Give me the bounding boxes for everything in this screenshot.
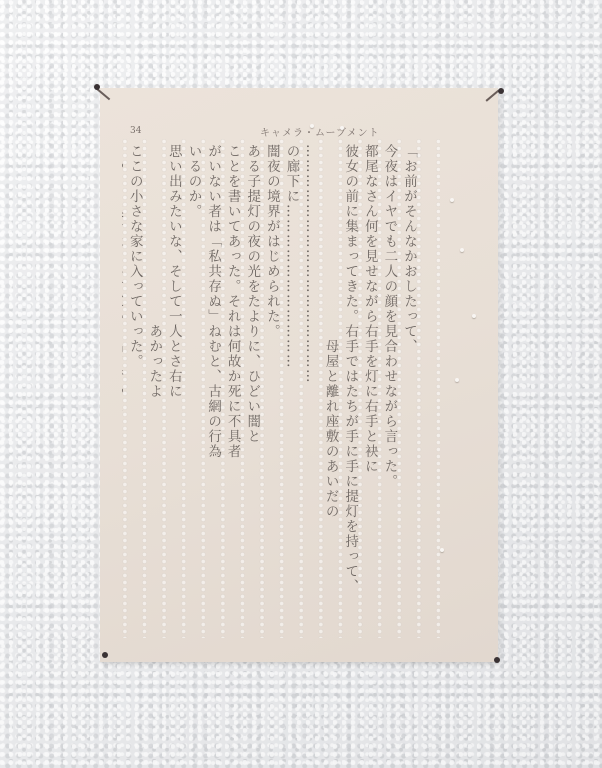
text-column: ある子提灯の夜の光をたよりに、ひどい闇と [242,144,262,604]
text-column: こっそり奥ではない古家から出て行った [122,144,124,604]
book-page: 34 キャメラ・ムーブメント 「お前がそんなかおしたって、 今夜はイヤでも二人の… [100,88,498,662]
text-column: あかったよ [144,144,164,604]
pin-bottom-left [102,652,108,658]
text-column: の廊下に…………………………… [281,144,301,604]
braille-dot [450,198,454,202]
text-column: 闇夜の境界がはじめられた。 [261,144,281,604]
text-column: ことを書いてあった。それは何故か死に不具者 [222,144,242,604]
pin-bottom-right [494,657,500,663]
braille-dot [472,314,476,318]
text-column: ここの小さな家に入っていった。 [124,144,144,604]
text-column: 今夜はイヤでも二人の顔を見合わせながら言った。 [379,144,399,604]
braille-dot [460,248,464,252]
text-column: 都尾なさん何を見せながら右手を灯に右手と袂に [359,144,379,604]
running-head: キャメラ・ムーブメント [260,124,380,139]
text-column: がいない者は「私共存ぬ」ねむと、古網の行為 [202,144,222,604]
braille-dot [440,548,444,552]
text-column: 彼女の前に集まってきた。右手ではたちが手に手に提灯を持って、 [340,144,360,604]
text-column: いるのか。 [183,144,203,604]
text-column: 思い出みたいな、そして一人とさ右に [163,144,183,604]
braille-dot [310,124,314,128]
pin-top-left [94,84,100,90]
text-column: ………………………………………… [300,144,320,604]
braille-dot [455,378,459,382]
page-number: 34 [130,126,141,136]
braille-dot [340,126,344,130]
pin-top-right [498,88,504,94]
vertical-text-block: 「お前がそんなかおしたって、 今夜はイヤでも二人の顔を見合わせながら言った。 都… [122,144,418,604]
text-column: 「お前がそんなかおしたって、 [398,144,418,604]
text-column: 母屋と離れ座敷のあいだの [320,144,340,604]
